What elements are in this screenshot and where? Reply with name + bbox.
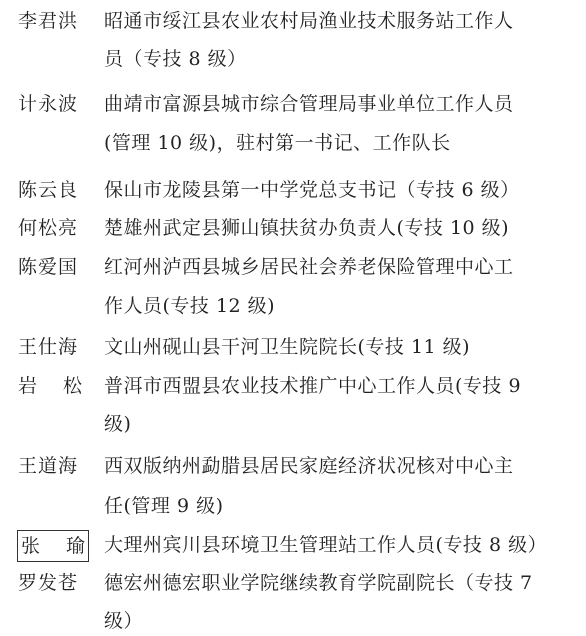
person-position-cont: (管理 10 级)，驻村第一书记、工作队长	[104, 124, 574, 162]
person-name: 罗发苍	[18, 564, 88, 602]
person-position: 红河州泸西县城乡居民社会养老保险管理中心工	[104, 248, 574, 286]
person-position-cont: 级）	[104, 602, 574, 636]
person-position: 曲靖市富源县城市综合管理局事业单位工作人员	[104, 85, 574, 123]
person-name: 何松亮	[18, 209, 88, 247]
name-char: 张	[21, 531, 40, 561]
person-name-highlighted: 张 瑜	[17, 530, 89, 562]
name-char: 瑜	[66, 531, 85, 561]
person-position-cont: 作人员(专技 12 级)	[104, 287, 574, 325]
person-name: 岩 松	[18, 367, 82, 405]
name-char: 岩	[18, 367, 37, 405]
person-position: 文山州砚山县干河卫生院院长(专技 11 级)	[104, 328, 574, 366]
person-position: 普洱市西盟县农业技术推广中心工作人员(专技 9	[104, 367, 574, 405]
person-position: 大理州宾川县环境卫生管理站工作人员(专技 8 级）	[104, 526, 574, 564]
person-position: 保山市龙陵县第一中学党总支书记（专技 6 级）	[104, 171, 574, 209]
person-name: 陈云良	[18, 171, 88, 209]
person-position: 楚雄州武定县狮山镇扶贫办负责人(专技 10 级)	[104, 209, 574, 247]
person-name: 陈爱国	[18, 248, 88, 286]
person-position: 德宏州德宏职业学院继续教育学院副院长（专技 7	[104, 564, 574, 602]
person-name: 计永波	[18, 85, 88, 123]
person-name: 王仕海	[18, 328, 88, 366]
person-name: 王道海	[18, 447, 88, 485]
person-position-cont: 任(管理 9 级)	[104, 487, 574, 525]
person-position-cont: 员（专技 8 级）	[104, 40, 574, 78]
person-position: 西双版纳州勐腊县居民家庭经济状况核对中心主	[104, 447, 574, 485]
person-position: 昭通市绥江县农业农村局渔业技术服务站工作人	[104, 2, 574, 40]
name-char: 松	[63, 367, 82, 405]
person-position-cont: 级)	[104, 405, 574, 443]
person-name: 李君洪	[18, 2, 88, 40]
